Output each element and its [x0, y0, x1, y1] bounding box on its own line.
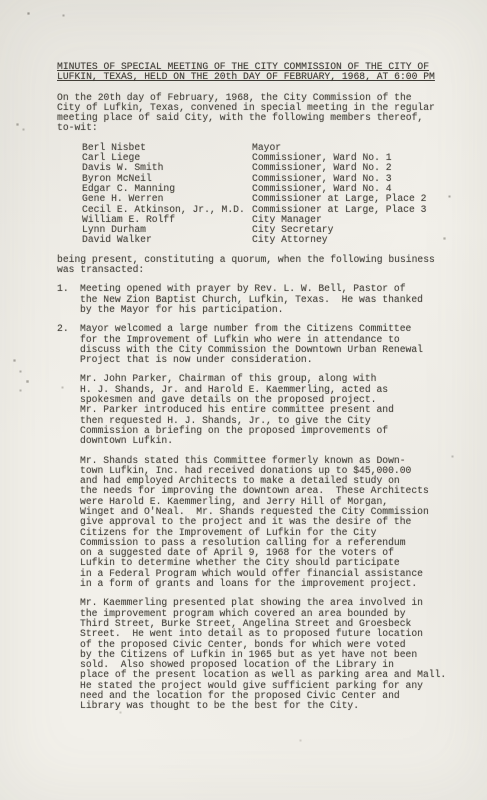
item-text: Meeting opened with prayer by Rev. L. W.…	[80, 284, 439, 315]
agenda-item-2: 2. Mayor welcomed a large number from th…	[57, 324, 439, 365]
item-number: 1.	[57, 284, 80, 315]
agenda-item-1: 1. Meeting opened with prayer by Rev. L.…	[57, 284, 439, 315]
scanned-document-page: MINUTES OF SPECIAL MEETING OF THE CITY C…	[0, 0, 487, 800]
document-content: MINUTES OF SPECIAL MEETING OF THE CITY C…	[57, 62, 439, 721]
quorum-paragraph: being present, constituting a quorum, wh…	[57, 255, 439, 276]
members-list: Berl Nisbet Mayor Carl Liege Commissione…	[57, 143, 439, 246]
intro-paragraph: On the 20th day of February, 1968, the C…	[57, 93, 439, 134]
body-paragraph-shands: Mr. Shands stated this Committee formerl…	[57, 456, 439, 590]
item-number: 2.	[57, 324, 80, 365]
scan-speck-marks	[0, 0, 1, 1]
body-paragraph-kaemmerling: Mr. Kaemmerling presented plat showing t…	[57, 598, 439, 711]
member-title: City Attorney	[252, 235, 439, 245]
member-name: David Walker	[82, 235, 252, 245]
document-heading: MINUTES OF SPECIAL MEETING OF THE CITY C…	[57, 62, 439, 83]
item-text: Mayor welcomed a large number from the C…	[80, 324, 439, 365]
body-paragraph-parker: Mr. John Parker, Chairman of this group,…	[57, 374, 439, 446]
member-row: David Walker City Attorney	[82, 235, 439, 245]
